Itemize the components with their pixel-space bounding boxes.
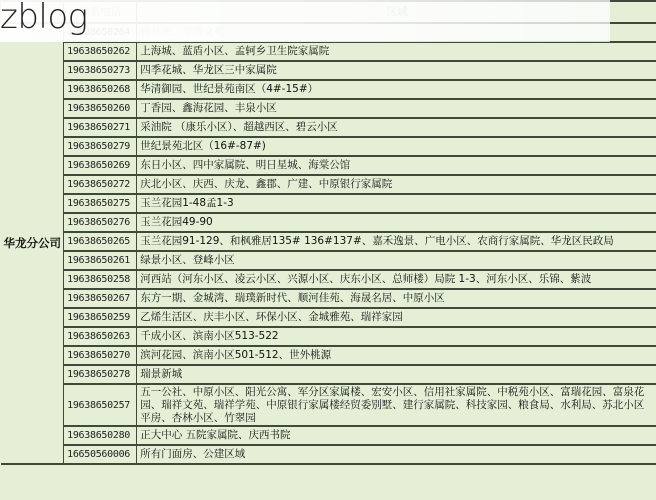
service-area-table: 联系电话 区域 华龙分公司 19638650264 翰林居、华清文苑 19638… <box>0 0 656 465</box>
phone-cell: 19638650262 <box>64 42 137 61</box>
table-row: 19638650268华清御园、世纪景苑南区（4#-15#） <box>1 80 656 99</box>
table-row: 19638650267东方一期、金城湾、瑞璞新时代、顺河佳苑、海晟名居、中原小区 <box>1 289 656 308</box>
phone-cell: 19638650280 <box>64 426 137 445</box>
header-area: 区域 <box>137 1 656 23</box>
phone-cell: 19638650276 <box>64 213 137 232</box>
phone-cell: 19638650261 <box>64 251 137 270</box>
phone-cell: 19638650259 <box>64 308 137 327</box>
table-row: 19638650265玉兰花园91-129、和枫雅居135# 136#137#、… <box>1 232 656 251</box>
area-cell: 瑞景新城 <box>137 365 656 384</box>
table-row: 19638650270滨河花园、滨南小区501-512、世外桃源 <box>1 346 656 365</box>
area-cell: 玉兰花园1-48孟1-3 <box>137 194 656 213</box>
table-row: 19638650259乙烯生活区、庆丰小区、环保小区、金城雅苑、瑞祥家园 <box>1 308 656 327</box>
table-row: 19638650275玉兰花园1-48孟1-3 <box>1 194 656 213</box>
branch-name: 华龙分公司 <box>1 23 64 464</box>
phone-cell: 19638650260 <box>64 99 137 118</box>
phone-cell: 19638650275 <box>64 194 137 213</box>
phone-cell: 19638650278 <box>64 365 137 384</box>
table-row: 19638650273四季花城、华龙区三中家属院 <box>1 61 656 80</box>
table-row: 19638650263千成小区、滨南小区513-522 <box>1 327 656 346</box>
area-cell: 翰林居、华清文苑 <box>137 23 656 42</box>
table-row: 19638650271采油院 （康乐小区）、超越西区、碧云小区 <box>1 118 656 137</box>
phone-cell: 16650560006 <box>64 445 137 464</box>
table-header-row: 联系电话 区域 <box>1 1 656 23</box>
phone-cell: 19638650271 <box>64 118 137 137</box>
phone-cell: 19638650258 <box>64 270 137 289</box>
area-cell: 乙烯生活区、庆丰小区、环保小区、金城雅苑、瑞祥家园 <box>137 308 656 327</box>
area-cell: 世纪景苑北区（16#-87#) <box>137 137 656 156</box>
area-cell: 五一公社、中原小区、阳光公寓、军分区家属楼、宏安小区、信用社家属院、中税苑小区、… <box>137 384 656 426</box>
area-cell: 上海城、蓝盾小区、孟轲乡卫生院家属院 <box>137 42 656 61</box>
area-cell: 所有门面房、公建区域 <box>137 445 656 464</box>
phone-cell: 19638650279 <box>64 137 137 156</box>
phone-cell: 19638650267 <box>64 289 137 308</box>
phone-cell: 19638650273 <box>64 61 137 80</box>
area-cell: 正大中心 五院家属院、庆西书院 <box>137 426 656 445</box>
table-row: 19638650269东日小区、四中家属院、明日星城、海棠公馆 <box>1 156 656 175</box>
phone-cell: 19638650257 <box>64 384 137 426</box>
phone-cell: 19638650268 <box>64 80 137 99</box>
area-cell: 东方一期、金城湾、瑞璞新时代、顺河佳苑、海晟名居、中原小区 <box>137 289 656 308</box>
area-cell: 丁香园、鑫海花园、丰泉小区 <box>137 99 656 118</box>
watermark-logo: zblog <box>0 0 88 38</box>
area-cell: 河西站（河东小区、凌云小区、兴源小区、庆东小区、总师楼）局院 1-3、河东小区、… <box>137 270 656 289</box>
area-cell: 庆北小区、庆西、庆龙、鑫郡、广建、中原银行家属院 <box>137 175 656 194</box>
area-cell: 华清御园、世纪景苑南区（4#-15#） <box>137 80 656 99</box>
area-cell: 绿景小区、登峰小区 <box>137 251 656 270</box>
area-cell: 采油院 （康乐小区）、超越西区、碧云小区 <box>137 118 656 137</box>
table-row: 华龙分公司 19638650264 翰林居、华清文苑 <box>1 23 656 42</box>
area-cell: 玉兰花园91-129、和枫雅居135# 136#137#、嘉禾逸景、广电小区、农… <box>137 232 656 251</box>
table-row: 19638650261绿景小区、登峰小区 <box>1 251 656 270</box>
area-cell: 四季花城、华龙区三中家属院 <box>137 61 656 80</box>
table-row: 19638650276玉兰花园49-90 <box>1 213 656 232</box>
table-row: 16650560006所有门面房、公建区域 <box>1 445 656 464</box>
table-row: 19638650262上海城、蓝盾小区、孟轲乡卫生院家属院 <box>1 42 656 61</box>
phone-cell: 19638650270 <box>64 346 137 365</box>
table-row: 19638650257五一公社、中原小区、阳光公寓、军分区家属楼、宏安小区、信用… <box>1 384 656 426</box>
table-row: 19638650272庆北小区、庆西、庆龙、鑫郡、广建、中原银行家属院 <box>1 175 656 194</box>
area-cell: 千成小区、滨南小区513-522 <box>137 327 656 346</box>
table-row: 19638650280正大中心 五院家属院、庆西书院 <box>1 426 656 445</box>
area-cell: 玉兰花园49-90 <box>137 213 656 232</box>
table-row: 19638650278瑞景新城 <box>1 365 656 384</box>
phone-cell: 19638650265 <box>64 232 137 251</box>
area-cell: 东日小区、四中家属院、明日星城、海棠公馆 <box>137 156 656 175</box>
table-row: 19638650279世纪景苑北区（16#-87#) <box>1 137 656 156</box>
phone-cell: 19638650263 <box>64 327 137 346</box>
table-row: 19638650258河西站（河东小区、凌云小区、兴源小区、庆东小区、总师楼）局… <box>1 270 656 289</box>
table-row: 19638650260丁香园、鑫海花园、丰泉小区 <box>1 99 656 118</box>
phone-cell: 19638650272 <box>64 175 137 194</box>
phone-cell: 19638650269 <box>64 156 137 175</box>
area-cell: 滨河花园、滨南小区501-512、世外桃源 <box>137 346 656 365</box>
